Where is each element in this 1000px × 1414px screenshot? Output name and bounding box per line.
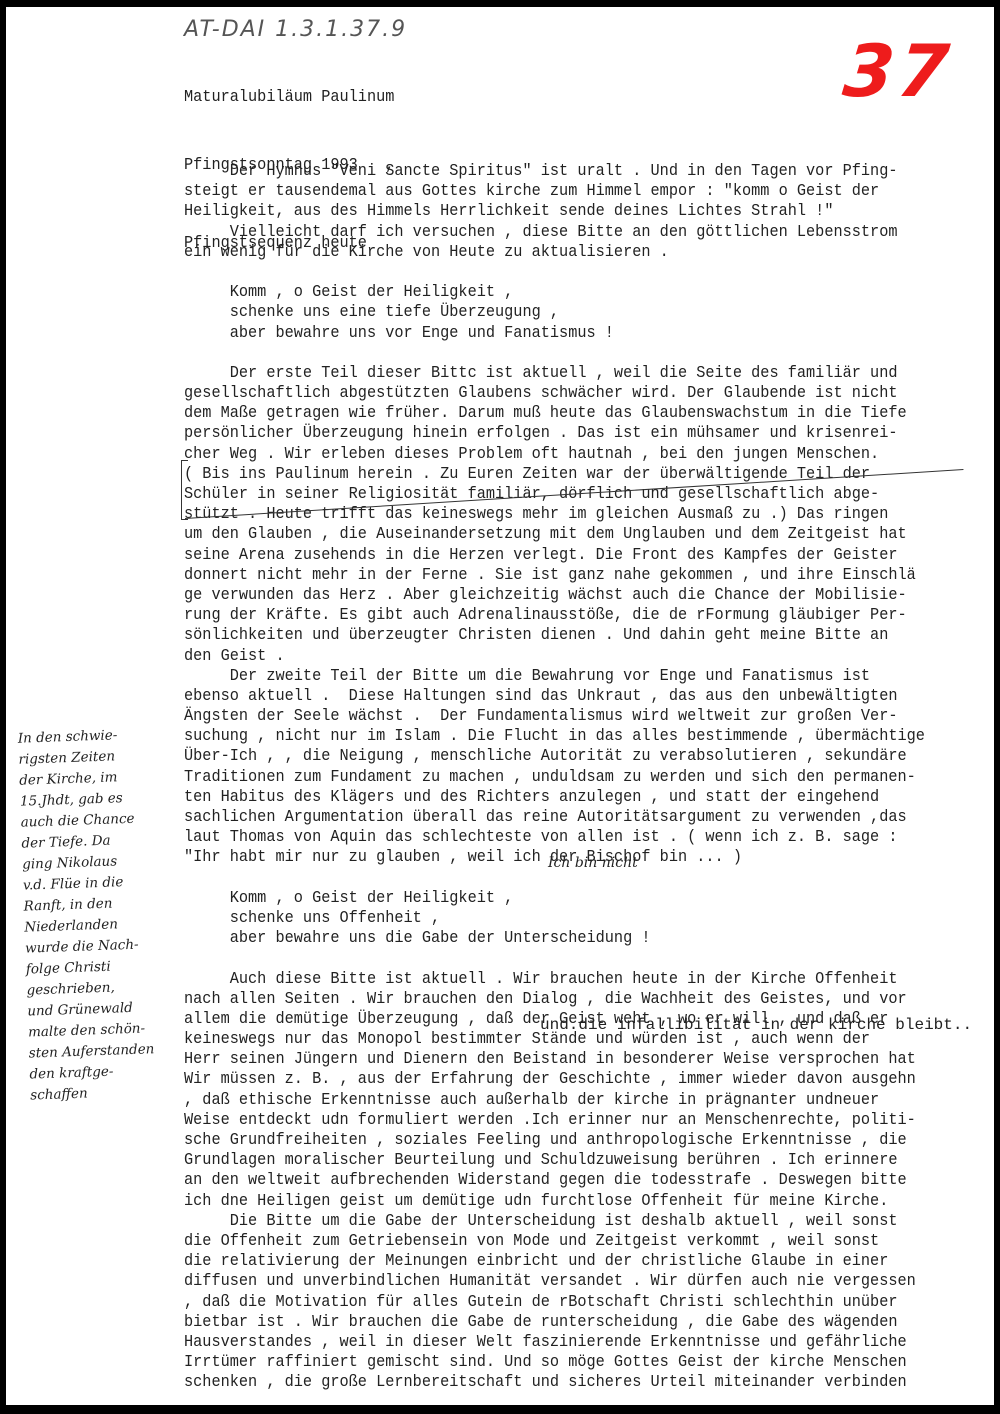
text-line: seine Arena zusehends in die Herzen verl…: [184, 545, 925, 565]
handwritten-insert: Ich bin nicht: [548, 855, 638, 871]
text-line: Der erste Teil dieser Bittc ist aktuell …: [184, 363, 925, 383]
text-line: suchung , nicht nur im Islam . Die Fluch…: [184, 726, 925, 746]
text-line: Irrtümer raffiniert gemischt sind. Und s…: [184, 1352, 925, 1372]
text-line: bietbar ist . Wir brauchen die Gabe de r…: [184, 1312, 925, 1332]
text-line: ten Habitus des Klägers und des Richters…: [184, 787, 925, 807]
text-line: schenke uns Offenheit ,: [184, 908, 925, 928]
text-line: Hausverstandes , weil in dieser Welt fas…: [184, 1332, 925, 1352]
document-body: Der Hymnus "Veni Sancte Spiritus" ist ur…: [184, 161, 925, 1392]
text-line: Herr seinen Jüngern und Dienern den Beis…: [184, 1049, 925, 1069]
text-line: Komm , o Geist der Heiligkeit ,: [184, 282, 925, 302]
text-line: Ängsten der Seele wächst . Der Fundament…: [184, 706, 925, 726]
text-line: Grundlagen moralischer Beurteilung und S…: [184, 1150, 925, 1170]
text-line: Komm , o Geist der Heiligkeit ,: [184, 888, 925, 908]
text-line: sönlichkeiten und überzeugter Christen d…: [184, 625, 925, 645]
text-line: gesellschaftlich abgestützten Glaubens s…: [184, 383, 925, 403]
text-line: persönlicher Überzeugung hinein erfolgen…: [184, 423, 925, 443]
overtyped-insertion: und.die infallibilität in der kirche ble…: [540, 1016, 972, 1034]
blank-line: [184, 343, 925, 363]
text-line: diffusen und unverbindlichen Humanität v…: [184, 1271, 925, 1291]
text-line: um den Glauben , die Auseinandersetzung …: [184, 524, 925, 544]
text-line: Der zweite Teil der Bitte um die Bewahru…: [184, 666, 925, 686]
text-line: sachlichen Argumentation überall das rei…: [184, 807, 925, 827]
text-line: an den weltweit aufbrechenden Widerstand…: [184, 1170, 925, 1190]
blank-line: [184, 948, 925, 968]
text-line: Die Bitte um die Gabe der Unterscheidung…: [184, 1211, 925, 1231]
text-line: steigt er tausendemal aus Gottes kirche …: [184, 181, 925, 201]
text-line: ein wenig für die Kirche von Heute zu ak…: [184, 242, 925, 262]
bracket-mark: [181, 460, 188, 520]
text-line: Der Hymnus "Veni Sancte Spiritus" ist ur…: [184, 161, 925, 181]
text-line: Heiligkeit, aus des Himmels Herrlichkeit…: [184, 201, 925, 221]
text-line: cher Weg . Wir erleben dieses Problem of…: [184, 444, 925, 464]
text-line: stützt . Heute trifft das keineswegs meh…: [184, 504, 925, 524]
text-line: ebenso aktuell . Diese Haltungen sind da…: [184, 686, 925, 706]
text-line: Traditionen zum Fundament zu machen , un…: [184, 767, 925, 787]
text-line: Über-Ich , , die Neigung , menschliche A…: [184, 746, 925, 766]
text-line: sche Grundfreiheiten , soziales Feeling …: [184, 1130, 925, 1150]
text-line: , daß ethische Erkenntnisse auch außerha…: [184, 1090, 925, 1110]
page-number: 37: [840, 29, 957, 113]
text-line: Wir müssen z. B. , aus der Erfahrung der…: [184, 1069, 925, 1089]
text-line: donnert nicht mehr in der Ferne . Sie is…: [184, 565, 925, 585]
text-line: Auch diese Bitte ist aktuell . Wir brauc…: [184, 969, 925, 989]
text-line: dem Maße getragen wie früher. Darum muß …: [184, 403, 925, 423]
text-line: aber bewahre uns die Gabe der Unterschei…: [184, 928, 925, 948]
margin-note: In den schwie-rigsten Zeitender Kirche, …: [17, 723, 180, 1106]
text-line: Vielleicht darf ich versuchen , diese Bi…: [184, 222, 925, 242]
text-line: nach allen Seiten . Wir brauchen den Dia…: [184, 989, 925, 1009]
text-line: rung der Kräfte. Es gibt auch Adrenalina…: [184, 605, 925, 625]
text-line: ich dne Heiligen geist um demütige udn f…: [184, 1191, 925, 1211]
blank-line: [184, 262, 925, 282]
text-line: schenken , die große Lernbereitschaft un…: [184, 1372, 925, 1392]
text-line: den Geist .: [184, 646, 925, 666]
text-line: Weise entdeckt udn formuliert werden .Ic…: [184, 1110, 925, 1130]
text-line: aber bewahre uns vor Enge und Fanatismus…: [184, 323, 925, 343]
text-line: die Offenheit zum Getriebensein von Mode…: [184, 1231, 925, 1251]
text-line: , daß die Motivation für alles Gutein de…: [184, 1292, 925, 1312]
text-line: ge verwunden das Herz . Aber gleichzeiti…: [184, 585, 925, 605]
header-line-1: Maturalubiläum Paulinum: [184, 87, 394, 107]
text-line: schenke uns eine tiefe Überzeugung ,: [184, 302, 925, 322]
text-line: ( Bis ins Paulinum herein . Zu Euren Zei…: [184, 464, 925, 484]
text-line: die relativierung der Meinungen einbrich…: [184, 1251, 925, 1271]
archive-reference: AT-DAI 1.3.1.37.9: [184, 17, 407, 42]
text-line: laut Thomas von Aquin das schlechteste v…: [184, 827, 925, 847]
